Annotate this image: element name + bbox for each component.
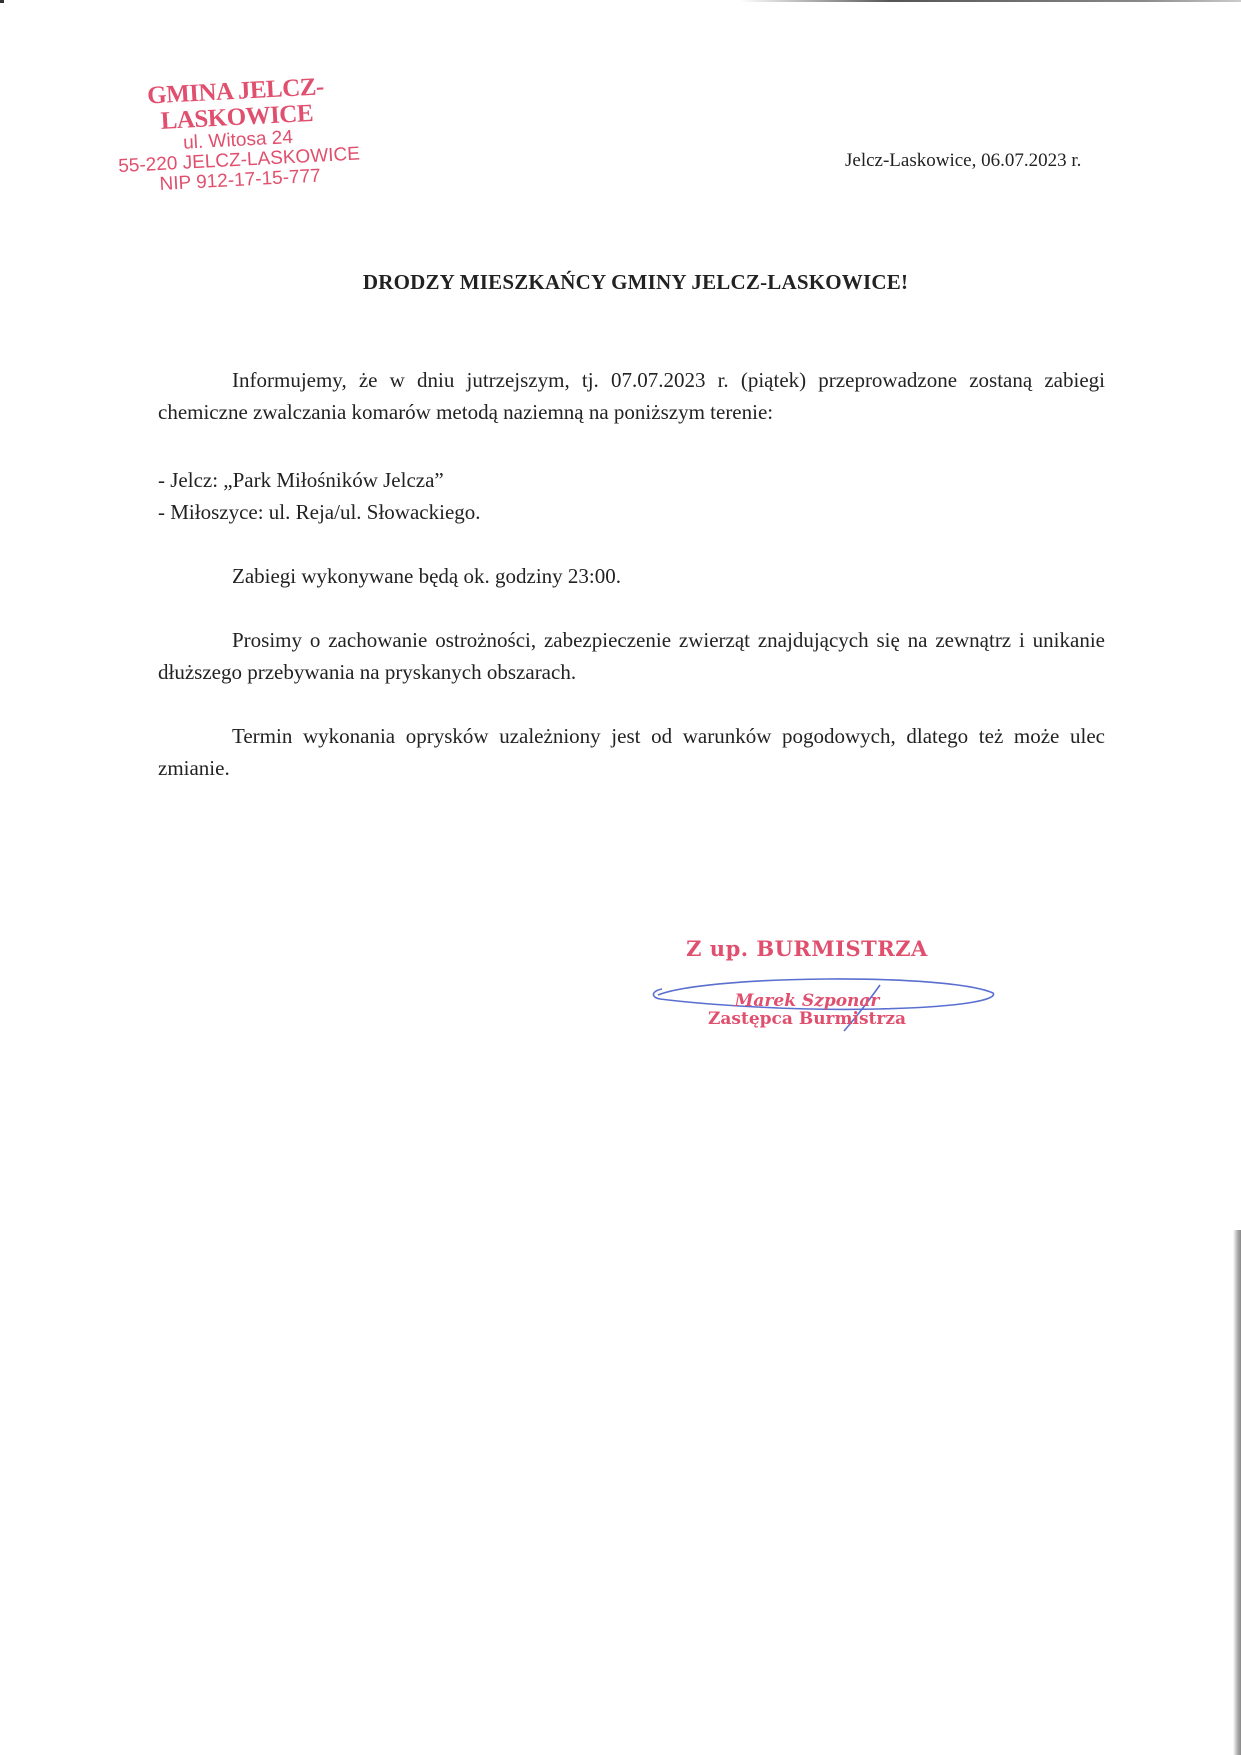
location-item: - Miłoszyce: ul. Reja/ul. Słowackiego.: [158, 496, 1105, 528]
scan-artifact-top-left: [0, 0, 4, 3]
paragraph-caution: Prosimy o zachowanie ostrożności, zabezp…: [158, 624, 1105, 688]
document-title: DRODZY MIESZKAŃCY GMINY JELCZ-LASKOWICE!: [0, 270, 1241, 295]
paragraph-weather: Termin wykonania oprysków uzależniony je…: [158, 720, 1105, 784]
signature-block: Z up. BURMISTRZA Marek Szponar Zastępca …: [652, 936, 1002, 1029]
signature-role: Z up. BURMISTRZA: [612, 936, 1002, 961]
document-date: Jelcz-Laskowice, 06.07.2023 r.: [845, 150, 1081, 172]
document-body: Informujemy, że w dniu jutrzejszym, tj. …: [158, 364, 1105, 784]
scan-artifact-right-edge: [1233, 1230, 1241, 1755]
paragraph-time: Zabiegi wykonywane będą ok. godziny 23:0…: [158, 560, 1105, 592]
location-list: - Jelcz: „Park Miłośników Jelcza” - Miło…: [158, 464, 1105, 528]
office-stamp: GMINA JELCZ-LASKOWICE ul. Witosa 24 55-2…: [100, 72, 375, 198]
paragraph-announcement: Informujemy, że w dniu jutrzejszym, tj. …: [158, 364, 1105, 428]
signature-name: Marek Szponar: [612, 991, 1002, 1011]
location-item: - Jelcz: „Park Miłośników Jelcza”: [158, 464, 1105, 496]
scan-artifact-top-edge: [740, 0, 1241, 2]
signature-title: Zastępca Burmistrza: [612, 1009, 1002, 1029]
